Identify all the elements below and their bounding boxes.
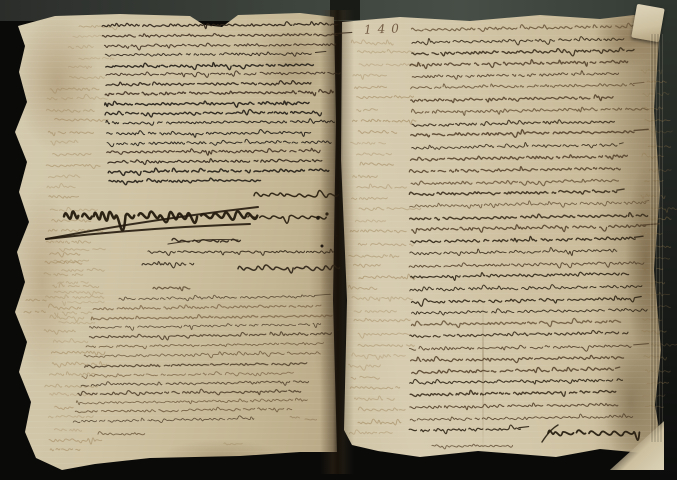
ink-stroke	[432, 444, 513, 449]
ink-blot	[335, 368, 337, 370]
ink-stroke	[354, 318, 410, 321]
ink-stroke	[108, 167, 329, 176]
ink-stroke	[54, 339, 88, 343]
manuscript-scan: 140	[0, 0, 677, 480]
right-margin-bleed-text	[349, 40, 425, 434]
ink-stroke	[410, 330, 628, 338]
left-page-lower-text	[71, 293, 334, 423]
ink-stroke	[353, 119, 416, 124]
ink-stroke	[350, 230, 406, 233]
ink-stroke	[50, 252, 85, 257]
ink-stroke	[352, 297, 415, 302]
ink-stroke	[104, 42, 335, 50]
attestation-line	[148, 249, 333, 255]
ink-stroke	[93, 303, 321, 310]
signature-right-page-bottom	[542, 425, 639, 442]
ink-stroke	[105, 89, 337, 97]
ink-stroke	[412, 141, 624, 151]
ink-stroke	[70, 76, 105, 79]
ink-stroke	[412, 36, 624, 47]
ink-stroke	[85, 362, 307, 368]
ink-stroke	[412, 47, 634, 58]
ink-stroke	[142, 262, 194, 268]
ink-stroke	[411, 295, 641, 306]
ink-stroke	[108, 158, 322, 165]
ink-stroke	[50, 315, 87, 321]
ink-blot	[337, 329, 340, 332]
ink-stroke	[73, 416, 257, 424]
ink-stroke	[357, 96, 417, 99]
ink-stroke	[351, 40, 393, 45]
tiny-mark-2	[305, 419, 317, 420]
ink-stroke	[79, 57, 114, 59]
ink-stroke	[248, 215, 326, 223]
ink-stroke	[46, 240, 90, 243]
ink-stroke	[119, 293, 331, 301]
ink-stroke	[79, 26, 118, 30]
ink-stroke	[73, 35, 107, 37]
ink-stroke	[102, 21, 341, 29]
ink-stroke	[349, 364, 381, 370]
left-final-short-line	[98, 432, 145, 435]
ink-stroke	[412, 70, 621, 80]
ink-stroke	[81, 379, 309, 388]
ink-stroke	[49, 196, 79, 199]
ink-stroke	[412, 119, 614, 127]
ink-stroke	[548, 430, 639, 440]
place-header-scribble	[153, 287, 190, 291]
ink-stroke	[410, 376, 626, 386]
signature-lower-flourish	[238, 265, 339, 273]
ink-stroke	[26, 299, 49, 301]
ink-stroke	[254, 191, 338, 198]
ink-stroke	[51, 140, 78, 145]
signature-upper-right	[254, 191, 338, 198]
ink-stroke	[58, 281, 88, 284]
ink-stroke	[107, 129, 311, 138]
ink-stroke	[47, 184, 75, 188]
ink-stroke	[53, 153, 91, 156]
right-page-main-text	[403, 23, 663, 435]
ink-stroke	[290, 416, 302, 418]
ink-stroke	[410, 246, 617, 258]
ink-stroke	[352, 197, 388, 199]
ink-stroke	[409, 343, 648, 354]
ink-stroke	[410, 154, 627, 162]
ink-stroke	[46, 295, 104, 299]
ink-stroke	[62, 301, 104, 305]
ink-stroke	[351, 142, 386, 144]
ink-stroke	[409, 260, 644, 270]
ink-stroke	[62, 268, 104, 271]
ink-stroke	[410, 283, 642, 292]
ink-stroke	[44, 273, 83, 276]
ink-stroke	[50, 88, 99, 93]
ink-stroke	[353, 74, 386, 79]
ink-stroke	[410, 58, 628, 69]
ink-stroke	[412, 223, 660, 235]
ink-dot	[325, 212, 328, 215]
ink-stroke	[409, 425, 529, 434]
ink-stroke	[102, 32, 351, 37]
ink-blot	[336, 235, 338, 237]
ink-stroke	[410, 388, 616, 399]
ink-stroke	[53, 283, 99, 288]
ink-stroke	[411, 23, 639, 33]
ink-stroke	[107, 139, 331, 147]
right-clerk-line	[432, 444, 513, 449]
ink-stroke	[352, 353, 405, 360]
ink-stroke	[45, 384, 98, 387]
ink-stroke	[47, 94, 107, 99]
tiny-mark-1	[290, 416, 302, 418]
ink-stroke	[355, 396, 395, 401]
ink-stroke	[68, 66, 91, 69]
ink-stroke	[357, 153, 392, 156]
ink-stroke	[105, 109, 321, 117]
ink-blot	[316, 216, 320, 220]
ink-stroke	[360, 162, 393, 165]
ink-stroke	[105, 51, 326, 57]
ink-stroke	[411, 270, 629, 281]
signature-small-center	[168, 238, 240, 244]
margin-note-1	[26, 299, 49, 301]
ink-blot	[321, 245, 324, 248]
ink-stroke	[238, 265, 339, 273]
ink-stroke	[409, 189, 624, 197]
ink-stroke	[411, 94, 617, 103]
ink-stroke	[76, 398, 307, 406]
ink-stroke	[68, 45, 96, 48]
ink-stroke	[351, 376, 379, 379]
ink-stroke	[357, 109, 380, 112]
ink-stroke	[148, 249, 333, 255]
ink-stroke	[305, 419, 317, 420]
ink-stroke	[24, 311, 45, 313]
ink-stroke	[353, 175, 378, 178]
ink-stroke	[358, 130, 397, 133]
ink-stroke	[349, 254, 402, 257]
ink-stroke	[359, 207, 421, 210]
ink-stroke	[358, 49, 415, 53]
ink-stroke	[358, 419, 401, 425]
ink-stroke	[84, 350, 320, 359]
margin-note-2	[24, 311, 45, 313]
left-page-main-text	[102, 21, 353, 185]
ink-stroke	[64, 211, 257, 230]
ink-stroke	[54, 291, 103, 295]
ink-stroke	[50, 449, 80, 451]
ink-stroke	[410, 402, 618, 411]
ink-stroke	[410, 212, 648, 220]
ink-stroke	[51, 351, 105, 355]
ink-stroke	[359, 274, 419, 280]
ink-stroke	[105, 100, 309, 108]
bottom-faint-mark	[224, 443, 242, 445]
ink-stroke	[350, 430, 394, 434]
ink-stroke	[354, 264, 381, 267]
ink-stroke	[411, 354, 624, 365]
ink-stroke	[55, 118, 108, 121]
ink-stroke	[410, 199, 649, 210]
ink-stroke	[358, 407, 405, 411]
ink-stroke	[410, 413, 633, 421]
ink-stroke	[49, 438, 102, 444]
ink-stroke	[89, 331, 333, 341]
ink-stroke	[46, 164, 100, 168]
ink-stroke	[409, 165, 624, 173]
ink-stroke	[55, 406, 73, 409]
ink-stroke	[59, 322, 95, 324]
ink-stroke	[107, 148, 320, 156]
ink-stroke	[412, 366, 620, 374]
ink-stroke	[89, 322, 320, 331]
ink-stroke	[106, 62, 314, 71]
ink-stroke	[82, 371, 293, 379]
ink-stroke	[411, 318, 620, 329]
ink-stroke	[49, 415, 94, 417]
ink-stroke	[106, 80, 311, 86]
ink-stroke	[357, 184, 406, 188]
ink-stroke	[350, 386, 399, 389]
ink-stroke	[224, 443, 242, 445]
handwriting-layer	[0, 0, 677, 480]
ink-stroke	[106, 119, 338, 126]
ink-stroke	[55, 429, 82, 432]
ink-stroke	[358, 243, 413, 246]
ink-stroke	[50, 207, 99, 211]
ink-stroke	[358, 344, 414, 346]
ink-stroke	[358, 333, 413, 338]
ink-stroke	[411, 235, 643, 244]
ink-stroke	[542, 425, 558, 442]
ink-stroke	[411, 106, 648, 117]
ink-stroke	[52, 219, 91, 222]
paraph-line	[142, 262, 194, 268]
ink-stroke	[349, 285, 377, 289]
ink-stroke	[78, 388, 301, 397]
ink-stroke	[59, 248, 105, 251]
ink-stroke	[412, 306, 648, 315]
left-margin-bleed-text	[44, 88, 108, 451]
ink-stroke	[49, 175, 83, 178]
ink-stroke	[411, 128, 648, 139]
ink-stroke	[75, 406, 292, 414]
ink-blots	[316, 216, 339, 370]
page-stack-edges	[650, 34, 663, 442]
ink-stroke	[354, 310, 396, 312]
ink-stroke	[47, 109, 95, 112]
ink-stroke	[98, 432, 145, 435]
ink-stroke	[54, 312, 94, 317]
page-crease	[482, 300, 484, 455]
ink-stroke	[44, 330, 75, 335]
ink-stroke	[355, 220, 388, 222]
ink-stroke	[153, 287, 190, 291]
ink-stroke	[411, 81, 644, 90]
ink-stroke	[106, 70, 343, 78]
ink-stroke	[48, 131, 96, 136]
signature-large-flourish	[46, 207, 258, 239]
ink-stroke	[91, 313, 332, 320]
ink-stroke	[411, 178, 618, 188]
left-top-bleed-text	[68, 26, 117, 79]
ink-stroke	[86, 342, 324, 349]
ink-stroke	[355, 86, 387, 89]
ink-stroke	[109, 178, 261, 185]
folio-number: 140	[364, 21, 405, 36]
